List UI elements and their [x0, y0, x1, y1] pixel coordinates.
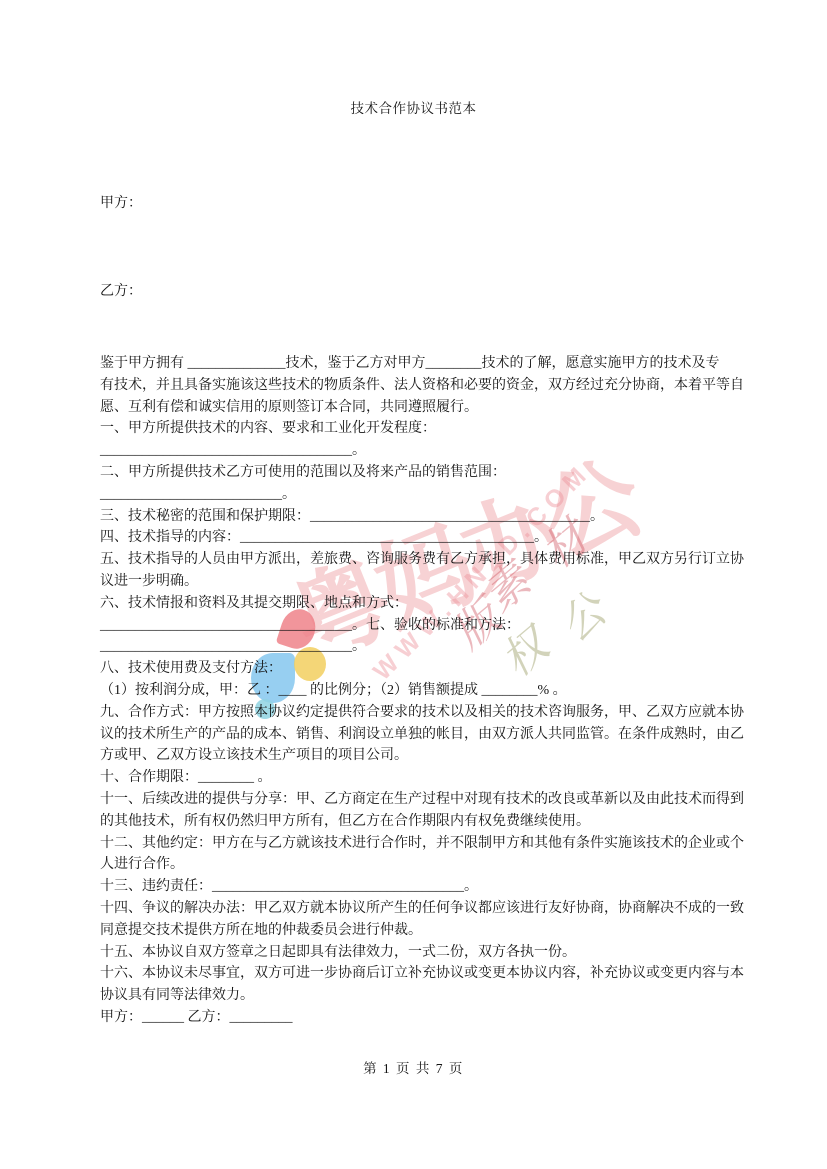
body-line: 十五、本协议自双方签章之日起即具有法律效力，一式二份，双方各执一份。 [100, 942, 760, 964]
body-line: 九、合作方式：甲方按照本协议约定提供符合要求的技术以及相关的技术咨询服务，甲、乙… [100, 702, 760, 724]
document-page: 技术合作协议书范本 甲方： 乙方： 鉴于甲方拥有 ______________技… [0, 0, 827, 1169]
body-line: 八、技术使用费及支付方法： [100, 658, 760, 680]
body-line-blank-field: __________________________。 [100, 484, 760, 506]
body-line: 人进行合作。 [100, 854, 760, 876]
body-line: 议进一步明确。 [100, 571, 760, 593]
body-line: 五、技术指导的人员由甲方派出，差旅费、咨询服务费有乙方承担，具体费用标准，甲乙双… [100, 549, 760, 571]
body-line: 有技术，并且具备实施该这些技术的物质条件、法人资格和必要的资金，双方经过充分协商… [100, 375, 760, 397]
body-line-blank-field: ____________________________________。 [100, 440, 760, 462]
body-line: 十二、其他约定：甲方在与乙方就该技术进行合作时，并不限制甲方和其他有条件实施该技… [100, 833, 760, 855]
body-line: 协议具有同等法律效力。 [100, 985, 760, 1007]
page-number-footer: 第 1 页 共 7 页 [0, 1057, 827, 1077]
body-line: 十三、违约责任：________________________________… [100, 876, 760, 898]
body-line: ____________________________________。七、验… [100, 615, 760, 637]
body-line: 议的技术所生产的产品的成本、销售、利润设立单独的帐目，由双方派人共同监管。在条件… [100, 724, 760, 746]
body-line: 的其他技术，所有权仍然归甲方所有，但乙方在合作期限内有权免费继续使用。 [100, 811, 760, 833]
body-line: 三、技术秘密的范围和保护期限：_________________________… [100, 506, 760, 528]
body-line: 十一、后续改进的提供与分享：甲、乙方商定在生产过程中对现有技术的改良或革新以及由… [100, 789, 760, 811]
contract-body: 鉴于甲方拥有 ______________技术，鉴于乙方对甲方________技… [100, 353, 760, 1029]
body-line: 四、技术指导的内容：______________________________… [100, 527, 760, 549]
body-line: 一、甲方所提供技术的内容、要求和工业化开发程度： [100, 418, 760, 440]
body-line: 鉴于甲方拥有 ______________技术，鉴于乙方对甲方________技… [100, 353, 760, 375]
body-line: 十六、本协议未尽事宜，双方可进一步协商后订立补充协议或变更本协议内容，补充协议或… [100, 963, 760, 985]
body-line: （1）按利润分成，甲：乙 ：____ 的比例分；（2）销售额提成 _______… [100, 680, 760, 702]
body-line: 愿、互利有偿和诚实信用的原则签订本合同，共同遵照履行。 [100, 397, 760, 419]
body-line: 六、技术情报和资料及其提交期限、地点和方式： [100, 593, 760, 615]
body-line: 十四、争议的解决办法：甲乙双方就本协议所产生的任何争议都应该进行友好协商，协商解… [100, 898, 760, 920]
party-b-label: 乙方： [100, 280, 142, 300]
body-line-blank-field: ____________________________________。 [100, 636, 760, 658]
body-line: 十、合作期限：________ 。 [100, 767, 760, 789]
body-line-signature: 甲方：______ 乙方：_________ [100, 1007, 760, 1029]
body-line: 方或甲、乙双方设立该技术生产项目的项目公司。 [100, 745, 760, 767]
page-title: 技术合作协议书范本 [0, 97, 827, 117]
party-a-label: 甲方： [100, 192, 142, 212]
body-line: 二、甲方所提供技术乙方可使用的范围以及将来产品的销售范围： [100, 462, 760, 484]
body-line: 同意提交技术提供方所在地的仲裁委员会进行仲裁。 [100, 920, 760, 942]
